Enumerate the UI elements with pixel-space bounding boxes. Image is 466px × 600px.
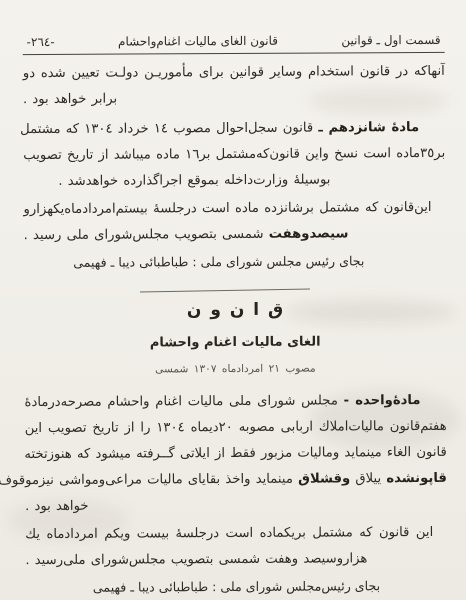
single-article-line: قاپونشده ییلاق وقشلاق مینماید واخذ بقایا… [25,466,447,494]
article-sixteen-lead: مادۀ شانزدهم ـ [318,120,419,136]
single-article-bold: وقشلاق [298,471,350,486]
header-chapter-title: قانون الغای مالیات اغنام‌واحشام [118,34,278,49]
ratification-first-text: شمسی بتصویب مجلس‌شورای ملی رسید . [24,227,269,243]
running-header: قسمت اول ـ قوانین قانون الغای مالیات اغن… [23,33,445,55]
law-subtitle: الغای مالیات اغنام واحشام [24,334,446,351]
law-approval-date: مصوب ٢١ امردادماه ١٣٠٧ شمسی [24,362,446,376]
signature-line-second: بجای رئیس‌مجلس شورای ملی : طباطبائی دیبا… [25,573,447,600]
intro-paragraph: آنهاکه در قانون استخدام وسایر قوانین برا… [23,59,445,113]
intro-line: آنهاکه در قانون استخدام وسایر قوانین برا… [23,59,445,87]
single-article-lead: مادۀواحده - [344,393,421,408]
single-article-text: مینماید واخذ بقایای مالیات مراعی‌ومواشی … [0,472,298,489]
scanned-document-page: قسمت اول ـ قوانین قانون الغای مالیات اغن… [0,0,466,600]
article-sixteen-line: مادۀ شانزدهم ـ قانون سجل‌احوال مصوب ١٤ خ… [23,115,445,143]
ratification-first-line: این‌قانون که مشتمل برشانزده ماده است درج… [23,195,445,223]
single-article-line: هفتم‌قانون مالیات‌املاك اربابی مصوبه ٢٠د… [25,414,447,442]
article-sixteen-text: قانون سجل‌احوال مصوب ١٤ خرداد ١٣٠٤ که مش… [20,121,318,138]
single-article-text: ییلاق [350,471,386,486]
ratification-first-line: سیصدوهفت شمسی بتصویب مجلس‌شورای ملی رسید… [24,221,446,249]
single-article-line: مادۀواحده - مجلس شورای ملی مالیات اغنام … [24,388,446,416]
signature-line-first: بجای رئیس مجلس شورای ملی : طباطبائی دیبا… [8,248,430,276]
intro-line: برابر خواهد بود . [23,85,445,113]
ratification-second-line: این قانون که مشتمل بریکماده است درجلسۀ ب… [25,520,447,548]
ratification-second-line: هزاروسیصد وهفت شمسی بتصویب مجلس‌شورای مل… [25,546,447,574]
ratification-first-paragraph: این‌قانون که مشتمل برشانزده ماده است درج… [23,195,445,249]
header-page-number: -٢٦٤- [27,35,55,49]
article-sixteen-line: بر٣٥ماده است نسخ واین قانون‌که‌مشتمل بر١… [23,141,445,169]
article-sixteen-paragraph: مادۀ شانزدهم ـ قانون سجل‌احوال مصوب ١٤ خ… [23,115,445,195]
ratification-second-paragraph: این قانون که مشتمل بریکماده است درجلسۀ ب… [25,520,447,574]
single-article-text: مجلس شورای ملی مالیات اغنام واحشام مصرحه… [24,393,343,410]
law-title: ق ا ن و ن [24,299,446,321]
single-article-line: خواهد بود . [25,492,447,520]
page-content: قسمت اول ـ قوانین قانون الغای مالیات اغن… [0,0,466,600]
single-article-line: قانون الغاء مینماید ومالیات مزبور فقط از… [25,440,447,468]
article-sixteen-line: بوسیلۀ وزارت‌داخله بموقع اجراگذارده خواه… [0,167,405,195]
section-divider [140,289,310,293]
single-article-bold: قاپونشده [386,471,447,486]
single-article-paragraph: مادۀواحده - مجلس شورای ملی مالیات اغنام … [24,388,447,520]
ratification-first-bold: سیصدوهفت [269,226,349,241]
header-section-title: قسمت اول ـ قوانین [341,33,440,48]
